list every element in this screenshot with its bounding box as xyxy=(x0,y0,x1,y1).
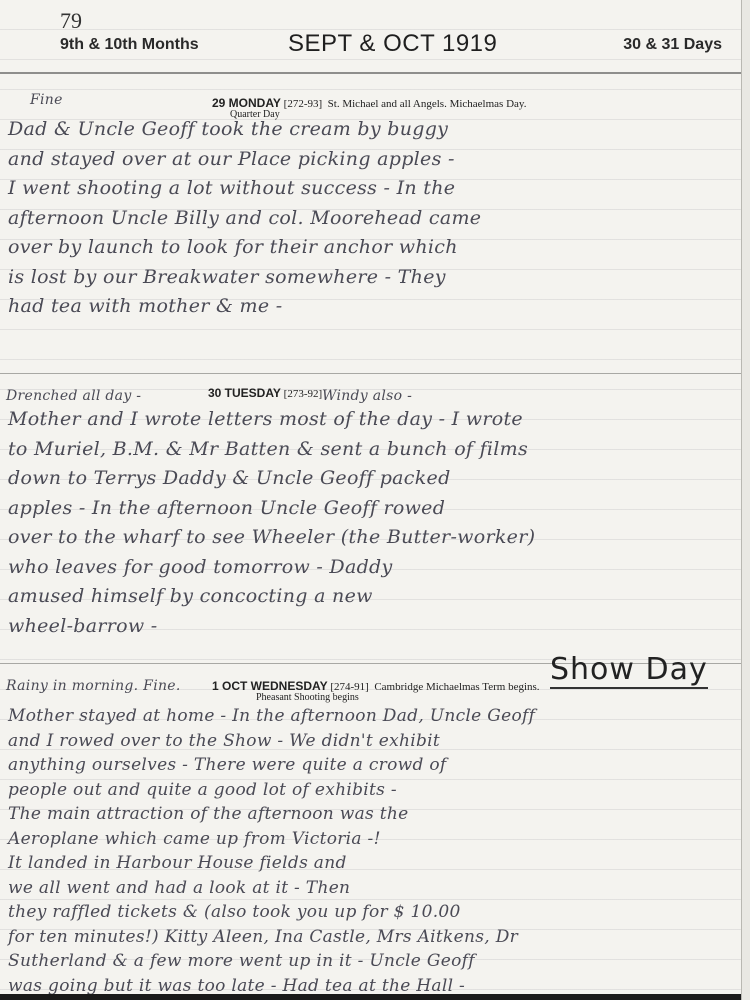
day-label: 1 OCT WEDNESDAY xyxy=(212,679,328,693)
handwritten-line: The main attraction of the afternoon was… xyxy=(8,804,408,824)
handwritten-line: and I rowed over to the Show - We didn't… xyxy=(8,731,440,751)
handwritten-line: Mother and I wrote letters most of the d… xyxy=(8,408,523,430)
handwritten-line: people out and quite a good lot of exhib… xyxy=(8,780,397,800)
handwritten-line: we all went and had a look at it - Then xyxy=(8,878,350,898)
handwritten-line: Aeroplane which came up from Victoria -! xyxy=(8,829,381,849)
handwritten-line: to Muriel, B.M. & Mr Batten & sent a bun… xyxy=(8,438,528,460)
handwritten-line: over by launch to look for their anchor … xyxy=(8,236,458,258)
day-divider xyxy=(0,373,742,374)
printed-sub: Pheasant Shooting begins xyxy=(256,692,359,703)
diary-page: 79 9th & 10th Months SEPT & OCT 1919 30 … xyxy=(0,0,742,1000)
printed-note: St. Michael and all Angels. Michaelmas D… xyxy=(328,98,527,110)
handwritten-line: Mother stayed at home - In the afternoon… xyxy=(8,706,535,726)
day-numbers: [272-93] xyxy=(284,98,323,110)
day-heading: 1 OCT WEDNESDAY [274-91] Cambridge Micha… xyxy=(212,679,540,693)
header-divider xyxy=(0,72,742,74)
handwritten-line: and stayed over at our Place picking app… xyxy=(8,148,455,170)
handwritten-line: who leaves for good tomorrow - Daddy xyxy=(8,556,393,578)
weather-note: Rainy in morning. Fine. xyxy=(6,678,181,694)
page-bottom-edge xyxy=(0,994,742,1000)
weather-note-2: Windy also - xyxy=(322,388,412,404)
day-heading: 30 TUESDAY [273-92] xyxy=(208,386,322,400)
handwritten-line: wheel-barrow - xyxy=(8,615,158,637)
handwritten-line: had tea with mother & me - xyxy=(8,295,282,317)
page-number: 79 xyxy=(60,8,82,34)
handwritten-line: over to the wharf to see Wheeler (the Bu… xyxy=(8,526,535,548)
days-label: 30 & 31 Days xyxy=(623,36,722,54)
day-label: 29 MONDAY xyxy=(212,96,281,110)
handwritten-line: for ten minutes!) Kitty Aleen, Ina Castl… xyxy=(8,927,518,947)
handwritten-line: amused himself by concocting a new xyxy=(8,585,373,607)
handwritten-line: I went shooting a lot without success - … xyxy=(8,177,455,199)
handwritten-line: It landed in Harbour House fields and xyxy=(8,853,347,873)
handwritten-line: afternoon Uncle Billy and col. Moorehead… xyxy=(8,207,481,229)
page-edge xyxy=(741,0,750,1000)
handwritten-line: anything ourselves - There were quite a … xyxy=(8,755,447,775)
handwritten-line: is lost by our Breakwater somewhere - Th… xyxy=(8,266,446,288)
handwritten-line: down to Terrys Daddy & Uncle Geoff packe… xyxy=(8,467,451,489)
entry-title: Show Day xyxy=(550,652,708,689)
handwritten-line: apples - In the afternoon Uncle Geoff ro… xyxy=(8,497,445,519)
handwritten-line: Dad & Uncle Geoff took the cream by bugg… xyxy=(8,118,448,140)
handwritten-line: Sutherland & a few more went up in it - … xyxy=(8,951,475,971)
day-numbers: [273-92] xyxy=(284,388,323,400)
handwritten-line: they raffled tickets & (also took you up… xyxy=(8,902,461,922)
weather-note: Fine xyxy=(30,92,63,108)
weather-note: Drenched all day - xyxy=(6,388,141,404)
day-label: 30 TUESDAY xyxy=(208,386,281,400)
handwritten-line: was going but it was too late - Had tea … xyxy=(8,976,465,996)
day-heading: 29 MONDAY [272-93] St. Michael and all A… xyxy=(212,96,526,110)
printed-note: Cambridge Michaelmas Term begins. xyxy=(374,681,539,693)
months-label: 9th & 10th Months xyxy=(60,36,199,54)
page-title: SEPT & OCT 1919 xyxy=(288,30,497,58)
